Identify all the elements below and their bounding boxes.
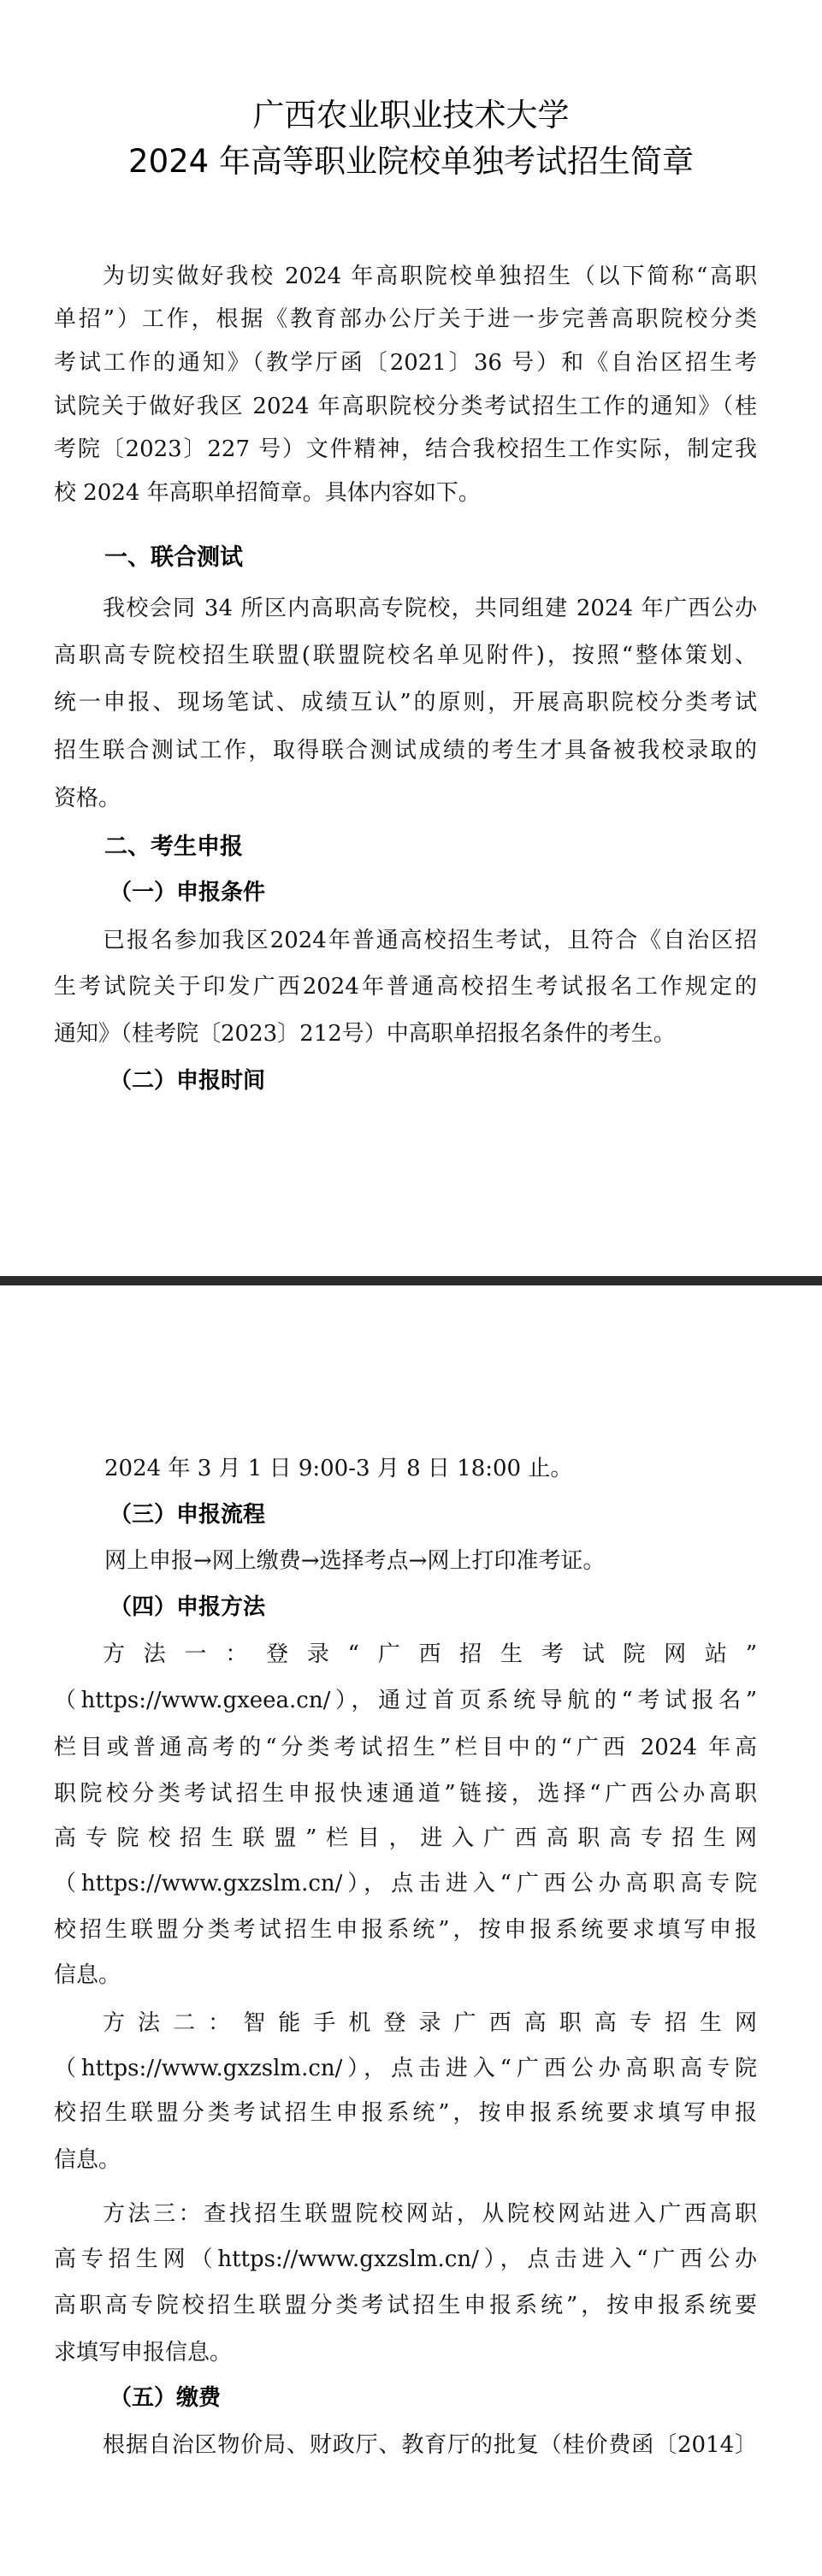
section-heading-applicant-application: 二、考生申报	[104, 835, 243, 858]
intro-paragraph-line: 校 2024 年高职单招简章。具体内容如下。	[54, 482, 757, 504]
conditions-paragraph-line: 已报名参加我区2024年普通高校招生考试，且符合《自治区招	[103, 929, 757, 952]
intro-paragraph-line: 考院〔2023〕227 号）文件精神，结合我校招生工作实际，制定我	[54, 438, 757, 460]
method3-line: 方法三：查找招生联盟院校网站，从院校网站进入广西高职	[103, 2203, 757, 2225]
method1-line: 信息。	[54, 1964, 757, 1986]
method2-line: 信息。	[54, 2149, 757, 2171]
intro-paragraph-line: 试院关于做好我区 2024 年高职院校分类考试招生工作的通知》（桂	[54, 395, 757, 418]
section1-paragraph-line: 招生联合测试工作，取得联合测试成绩的考生才具备被我校录取的	[54, 739, 757, 762]
intro-paragraph-line: 考试工作的通知》（教学厅函〔2021〕36 号）和《自治区招生考	[54, 352, 757, 374]
payment-text: 根据自治区物价局、财政厅、教育厅的批复（桂价费函〔2014〕	[103, 2434, 757, 2456]
subsection-heading-payment: （五）缴费	[109, 2387, 221, 2409]
page-break-divider	[0, 1276, 822, 1285]
section1-paragraph-line: 统一申报、现场笔试、成绩互认”的原则，开展高职院校分类考试	[54, 691, 757, 714]
subsection-heading-conditions: （一）申报条件	[109, 881, 265, 904]
subsection-heading-application-time: （二）申报时间	[109, 1070, 265, 1092]
conditions-paragraph-line: 通知》（桂考院〔2023〕212号）中高职单招报名条件的考生。	[54, 1023, 757, 1045]
method1-line: 方法一：登录“广西招生考试院网站”	[103, 1643, 757, 1665]
document-page-2: 2024 年 3 月 1 日 9:00-3 月 8 日 18:00 止。 （三）…	[0, 1285, 822, 2576]
method1-line: 栏目或普通高考的“分类考试招生”栏目中的“广西 2024 年高	[54, 1736, 757, 1759]
method2-line: （https://www.gxzslm.cn/），点击进入“广西公办高职高专院	[54, 2057, 757, 2080]
method1-line: 校招生联盟分类考试招生申报系统”，按申报系统要求填写申报	[54, 1919, 757, 1941]
section-heading-joint-test: 一、联合测试	[104, 546, 243, 569]
document-page-1: 广西农业职业技术大学 2024 年高等职业院校单独考试招生简章 为切实做好我校 …	[0, 0, 822, 1276]
method1-line: （https://www.gxzslm.cn/），点击进入“广西公办高职高专院	[54, 1873, 757, 1895]
intro-paragraph-line: 单招”）工作，根据《教育部办公厅关于进一步完善高职院校分类	[54, 308, 757, 330]
document-title-line-2: 2024 年高等职业院校单独考试招生简章	[0, 145, 822, 177]
method1-line: （https://www.gxeea.cn/），通过首页系统导航的“考试报名”	[54, 1689, 757, 1712]
intro-paragraph-line: 为切实做好我校 2024 年高职院校单独招生（以下简称“高职	[103, 265, 757, 288]
document-title-line-1: 广西农业职业技术大学	[0, 99, 822, 131]
method3-line: 求填写申报信息。	[54, 2342, 757, 2364]
subsection-heading-process: （三）申报流程	[109, 1504, 265, 1526]
section1-paragraph-line: 高职高专院校招生联盟(联盟院校名单见附件)，按照“整体策划、	[54, 644, 757, 667]
application-time-text: 2024 年 3 月 1 日 9:00-3 月 8 日 18:00 止。	[104, 1457, 759, 1480]
method3-line: 高职高专院校招生联盟分类考试招生申报系统”，按申报系统要	[54, 2294, 757, 2317]
method1-line: 高专院校招生联盟”栏目，进入广西高职高专招生网	[54, 1827, 757, 1849]
method1-line: 职院校分类考试招生申报快速通道”链接，选择“广西公办高职	[54, 1783, 757, 1805]
method3-line: 高专招生网（https://www.gxzslm.cn/），点击进入“广西公办	[54, 2248, 757, 2270]
section1-paragraph-line: 资格。	[54, 787, 757, 810]
method2-line: 校招生联盟分类考试招生申报系统”，按申报系统要求填写申报	[54, 2102, 757, 2124]
method2-line: 方法二：智能手机登录广西高职高专招生网	[103, 2012, 757, 2034]
process-text: 网上申报→网上缴费→选择考点→网上打印准考证。	[104, 1550, 759, 1572]
conditions-paragraph-line: 生考试院关于印发广西2024年普通高校招生考试报名工作规定的	[54, 976, 757, 998]
section1-paragraph-line: 我校会同 34 所区内高职高专院校，共同组建 2024 年广西公办	[103, 597, 757, 620]
subsection-heading-methods: （四）申报方法	[109, 1596, 265, 1618]
